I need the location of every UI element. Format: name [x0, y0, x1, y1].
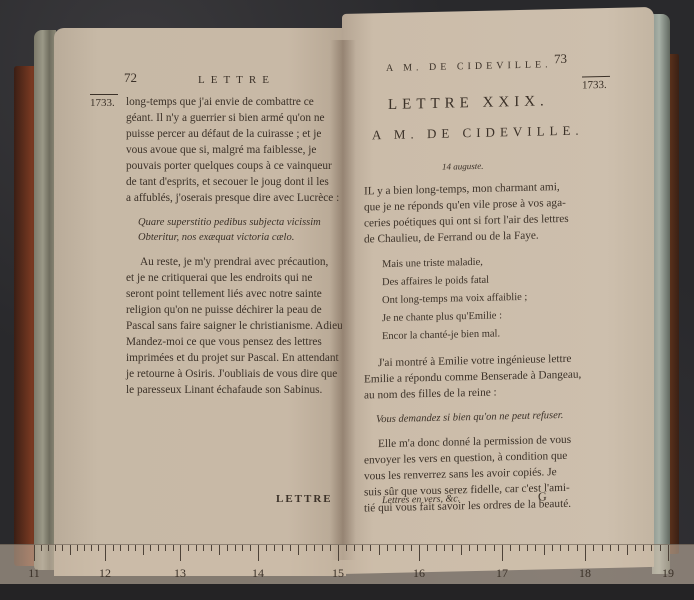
ruler-tick — [585, 545, 586, 561]
ruler-tick — [330, 545, 331, 551]
ruler-tick — [436, 545, 437, 551]
ruler-tick — [188, 545, 189, 551]
ruler-tick — [113, 545, 114, 551]
text-line: imprimées et du projet sur Pascal. En at… — [126, 350, 342, 366]
ruler-tick — [62, 545, 63, 551]
ruler-tick — [354, 545, 355, 551]
ruler-label: 13 — [174, 566, 186, 581]
measuring-ruler: 11 12 13 14 15 16 17 18 19 — [0, 544, 694, 585]
text-line: religion qu'on ne puisse déchirer la pea… — [126, 302, 342, 318]
ruler-tick — [34, 545, 35, 561]
ruler-tick — [485, 545, 486, 551]
year-margin-left: 1733. — [90, 94, 118, 109]
ruler-tick — [173, 545, 174, 551]
text-line: Mandez-moi ce que vous pensez des lettre… — [126, 334, 342, 350]
ruler-tick — [395, 545, 396, 551]
ruler-tick — [535, 545, 536, 551]
ruler-tick — [419, 545, 420, 561]
ruler-tick — [643, 545, 644, 551]
ruler-tick — [370, 545, 371, 551]
letter-title: LETTRE XXIX. — [388, 93, 549, 114]
year-rule — [582, 76, 610, 78]
ruler-tick — [211, 545, 212, 551]
ruler-tick — [98, 545, 99, 551]
ruler-tick — [452, 545, 453, 551]
ruler-tick — [250, 545, 251, 551]
text-line: je retourne à Osiris. J'oubliais de vous… — [126, 366, 342, 382]
year-text: 1733. — [90, 97, 115, 109]
ruler-tick — [91, 545, 92, 551]
ruler-tick — [519, 545, 520, 551]
ruler-tick — [427, 545, 428, 551]
ruler-tick — [219, 545, 220, 555]
ruler-tick — [48, 545, 49, 551]
ruler-tick — [668, 545, 669, 561]
ruler-tick — [651, 545, 652, 551]
ruler-tick — [338, 545, 339, 561]
ruler-tick — [55, 545, 56, 551]
text-line: puisse percer au défaut de la cuirasse ;… — [126, 126, 342, 142]
ruler-tick — [346, 545, 347, 551]
ruler-tick — [469, 545, 470, 551]
latin-quote-line: Quare superstitio pedibus subjecta vicis… — [126, 215, 342, 230]
ruler-tick — [577, 545, 578, 551]
text-line: vous avoue que si, malgré ma faiblesse, … — [126, 142, 342, 158]
table-surface — [0, 584, 694, 600]
ruler-tick — [568, 545, 569, 551]
text-line: long-temps que j'ai envie de combattre c… — [126, 94, 342, 110]
right-page-text: IL y a bien long-temps, mon charmant ami… — [364, 178, 588, 516]
ruler-tick — [502, 545, 503, 561]
ruler-tick — [627, 545, 628, 555]
ruler-tick — [527, 545, 528, 551]
ruler-tick — [387, 545, 388, 551]
ruler-label: 15 — [332, 566, 344, 581]
page-number-left: 72 — [124, 70, 137, 86]
ruler-tick — [314, 545, 315, 551]
ruler-label: 14 — [252, 566, 264, 581]
ruler-tick — [180, 545, 181, 561]
ruler-tick — [635, 545, 636, 551]
ruler-tick — [128, 545, 129, 551]
ruler-tick — [602, 545, 603, 551]
ruler-tick — [306, 545, 307, 551]
ruler-tick — [444, 545, 445, 551]
ruler-tick — [560, 545, 561, 551]
text-line: seront point tellement liés avec notre s… — [126, 286, 342, 302]
text-line: et je ne critiquerai que les endroits qu… — [126, 270, 342, 286]
text-line: Au reste, je m'y prendrai avec précautio… — [126, 254, 342, 270]
ruler-tick — [41, 545, 42, 551]
ruler-tick — [290, 545, 291, 551]
ruler-tick — [135, 545, 136, 551]
ruler-tick — [610, 545, 611, 551]
ruler-label: 19 — [662, 566, 674, 581]
ruler-label: 17 — [496, 566, 508, 581]
signature-mark: G — [538, 489, 547, 504]
ruler-tick — [70, 545, 71, 555]
ruler-tick — [203, 545, 204, 551]
left-page: 72 LETTRE 1733. long-temps que j'ai envi… — [54, 28, 346, 576]
ruler-tick — [403, 545, 404, 551]
ruler-tick — [593, 545, 594, 551]
ruler-tick — [362, 545, 363, 551]
footer-note: Lettres en vers, &c. — [382, 493, 460, 506]
text-line: Pascal sans faire saigner le christianis… — [126, 318, 342, 334]
ruler-tick — [77, 545, 78, 551]
ruler-tick — [242, 545, 243, 551]
ruler-tick — [477, 545, 478, 551]
ruler-tick — [552, 545, 553, 551]
text-line: a affublés, j'oserais presque dire avec … — [126, 190, 342, 206]
right-page: A M. DE CIDEVILLE. 73 1733. LETTRE XXIX.… — [342, 7, 654, 574]
ruler-tick — [235, 545, 236, 551]
ruler-tick — [322, 545, 323, 551]
ruler-label: 18 — [579, 566, 591, 581]
year-margin-right: 1733. — [582, 76, 610, 92]
year-text: 1733. — [582, 79, 607, 92]
letter-date: 14 auguste. — [442, 161, 484, 172]
ruler-tick — [196, 545, 197, 551]
catchword: LETTRE — [276, 493, 333, 505]
ruler-tick — [258, 545, 259, 561]
ruler-tick — [165, 545, 166, 551]
ruler-tick — [274, 545, 275, 551]
page-number-right: 73 — [554, 51, 567, 67]
ruler-label: 11 — [28, 566, 40, 581]
ruler-tick — [494, 545, 495, 551]
page-edges-left — [34, 30, 56, 570]
ruler-tick — [105, 545, 106, 561]
text-line: de tant d'esprits, et secouer le joug do… — [126, 174, 342, 190]
ruler-tick — [411, 545, 412, 551]
text-line: pouvais porter quelques coups à ce vainq… — [126, 158, 342, 174]
ruler-tick — [298, 545, 299, 555]
ruler-tick — [544, 545, 545, 555]
running-head-left: LETTRE — [198, 74, 275, 86]
ruler-tick — [510, 545, 511, 551]
letter-addressee: A M. DE CIDEVILLE. — [372, 123, 584, 144]
text-line: géant. Il n'y a guerrier si bien armé qu… — [126, 110, 342, 126]
ruler-tick — [158, 545, 159, 551]
ruler-tick — [461, 545, 462, 555]
ruler-tick — [282, 545, 283, 551]
ruler-tick — [379, 545, 380, 555]
ruler-tick — [660, 545, 661, 551]
ruler-tick — [266, 545, 267, 551]
ruler-label: 12 — [99, 566, 111, 581]
ruler-tick — [618, 545, 619, 551]
ruler-tick — [120, 545, 121, 551]
left-page-text: long-temps que j'ai envie de combattre c… — [126, 94, 342, 398]
latin-quote-line: Obteritur, nos exæquat victoria cælo. — [126, 230, 342, 245]
ruler-tick — [143, 545, 144, 555]
ruler-label: 16 — [413, 566, 425, 581]
page-edges-right — [652, 14, 670, 574]
ruler-tick — [227, 545, 228, 551]
ruler-tick — [150, 545, 151, 551]
ruler-tick — [84, 545, 85, 551]
running-head-right: A M. DE CIDEVILLE. — [386, 59, 552, 74]
text-line: le paresseux Linant échafaude son Sabinu… — [126, 382, 342, 398]
year-rule — [90, 94, 118, 95]
